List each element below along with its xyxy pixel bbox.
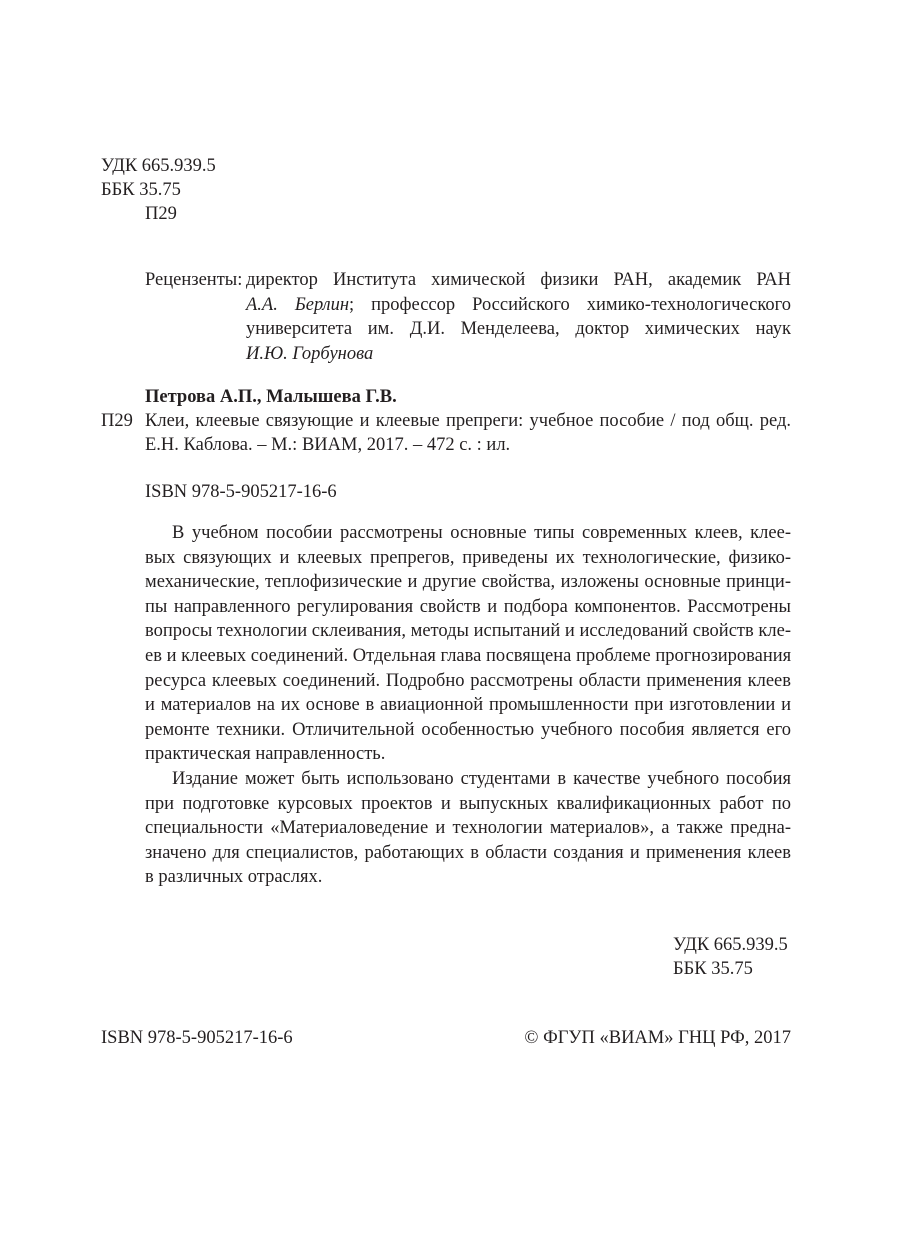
reviewers-label: Рецензенты:: [145, 269, 242, 291]
bbk-code: ББК 35.75: [101, 179, 216, 203]
reviewers-line: А.А. Берлин; профессор Российского химик…: [246, 294, 791, 319]
abstract-line: ресурса клеевых соединений. Подробно рас…: [145, 670, 791, 695]
bibliography-title-line-1: Клеи, клеевые связующие и клеевые препре…: [145, 410, 791, 432]
abstract-line: пы направленного регулирования свойств и…: [145, 596, 791, 621]
abstract-line: в различных отраслях.: [145, 866, 791, 891]
reviewer-name: А.А. Берлин: [246, 295, 349, 315]
footer-udk-code: УДК 665.939.5: [673, 934, 788, 956]
abstract-line: при подготовке курсовых проектов и выпус…: [145, 793, 791, 818]
reviewers-line: И.Ю. Горбунова: [246, 343, 791, 368]
reviewers-line: университета им. Д.И. Менделеева, доктор…: [246, 318, 791, 343]
abstract-line: вых связующих и клеевых препрегов, приве…: [145, 547, 791, 572]
reviewers-line: директор Института химической физики РАН…: [246, 269, 791, 294]
abstract-line: механические, теплофизические и другие с…: [145, 571, 791, 596]
reviewers-text: директор Института химической физики РАН…: [246, 269, 791, 367]
reviewer-text: ; профессор Российского химико-технологи…: [349, 295, 791, 315]
bibliography-author-sign: П29: [101, 410, 133, 432]
author-sign: П29: [101, 203, 216, 227]
classification-codes: УДК 665.939.5 ББК 35.75 П29: [101, 155, 216, 227]
reviewer-name: И.Ю. Горбунова: [246, 344, 373, 364]
authors: Петрова А.П., Малышева Г.В.: [145, 386, 397, 408]
bibliography-title-line-2: Е.Н. Каблова. – М.: ВИАМ, 2017. – 472 с.…: [145, 434, 510, 456]
footer-isbn: ISBN 978-5-905217-16-6: [101, 1027, 293, 1049]
abstract-line: вопросы технологии склеивания, методы ис…: [145, 620, 791, 645]
reviewer-text: университета им. Д.И. Менделеева, доктор…: [246, 319, 791, 339]
isbn: ISBN 978-5-905217-16-6: [145, 481, 337, 503]
abstract-line: Издание может быть использовано студента…: [145, 768, 791, 793]
abstract-line: значено для специалистов, работающих в о…: [145, 842, 791, 867]
reviewer-text: директор Института химической физики РАН…: [246, 270, 791, 290]
udk-code: УДК 665.939.5: [101, 155, 216, 179]
abstract-line: В учебном пособии рассмотрены основные т…: [145, 522, 791, 547]
abstract-line: и материалов на их основе в авиационной …: [145, 694, 791, 719]
abstract-line: ев и клеевых соединений. Отдельная глава…: [145, 645, 791, 670]
abstract-line: практическая направленность.: [145, 743, 791, 768]
footer-bbk-code: ББК 35.75: [673, 958, 753, 980]
copyright: © ФГУП «ВИАМ» ГНЦ РФ, 2017: [524, 1027, 791, 1049]
abstract-line: специальности «Материаловедение и технол…: [145, 817, 791, 842]
abstract: В учебном пособии рассмотрены основные т…: [145, 522, 791, 891]
abstract-line: ремонте техники. Отличительной особеннос…: [145, 719, 791, 744]
